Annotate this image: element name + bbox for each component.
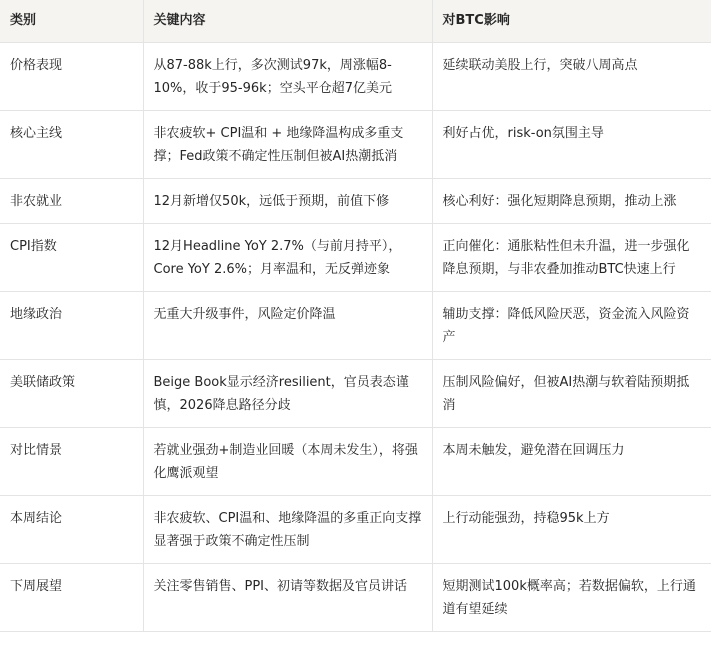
cell-btc-impact: 核心利好：强化短期降息预期，推动上涨: [432, 179, 711, 224]
cell-key-content: 无重大升级事件，风险定价降温: [143, 292, 432, 360]
cell-category: 核心主线: [0, 111, 143, 179]
cell-category: 价格表现: [0, 43, 143, 111]
cell-btc-impact: 本周未触发，避免潜在回调压力: [432, 428, 711, 496]
cell-btc-impact: 延续联动美股上行，突破八周高点: [432, 43, 711, 111]
cell-btc-impact: 利好占优，risk-on氛围主导: [432, 111, 711, 179]
cell-category: 美联储政策: [0, 360, 143, 428]
cell-category: 本周结论: [0, 496, 143, 564]
cell-btc-impact: 上行动能强劲，持稳95k上方: [432, 496, 711, 564]
table-row: 对比情景 若就业强劲+制造业回暖（本周未发生），将强化鹰派观望 本周未触发，避免…: [0, 428, 711, 496]
cell-category: 下周展望: [0, 564, 143, 632]
header-category: 类别: [0, 0, 143, 43]
cell-btc-impact: 压制风险偏好，但被AI热潮与软着陆预期抵消: [432, 360, 711, 428]
cell-category: CPI指数: [0, 224, 143, 292]
cell-btc-impact: 短期测试100k概率高；若数据偏软，上行通道有望延续: [432, 564, 711, 632]
table-row: 非农就业 12月新增仅50k，远低于预期，前值下修 核心利好：强化短期降息预期，…: [0, 179, 711, 224]
cell-key-content: 非农疲软、CPI温和、地缘降温的多重正向支撑显著强于政策不确定性压制: [143, 496, 432, 564]
cell-category: 非农就业: [0, 179, 143, 224]
table-row: 地缘政治 无重大升级事件，风险定价降温 辅助支撑：降低风险厌恶，资金流入风险资产: [0, 292, 711, 360]
cell-key-content: 12月新增仅50k，远低于预期，前值下修: [143, 179, 432, 224]
header-key-content: 关键内容: [143, 0, 432, 43]
cell-key-content: 若就业强劲+制造业回暖（本周未发生），将强化鹰派观望: [143, 428, 432, 496]
cell-btc-impact: 正向催化：通胀粘性但未升温，进一步强化降息预期，与非农叠加推动BTC快速上行: [432, 224, 711, 292]
table-row: 美联储政策 Beige Book显示经济resilient，官员表态谨慎，202…: [0, 360, 711, 428]
cell-btc-impact: 辅助支撑：降低风险厌恶，资金流入风险资产: [432, 292, 711, 360]
cell-key-content: 关注零售销售、PPI、初请等数据及官员讲话: [143, 564, 432, 632]
table-row: 核心主线 非农疲软+ CPI温和 + 地缘降温构成多重支撑；Fed政策不确定性压…: [0, 111, 711, 179]
header-btc-impact: 对BTC影响: [432, 0, 711, 43]
table-row: 本周结论 非农疲软、CPI温和、地缘降温的多重正向支撑显著强于政策不确定性压制 …: [0, 496, 711, 564]
cell-key-content: 非农疲软+ CPI温和 + 地缘降温构成多重支撑；Fed政策不确定性压制但被AI…: [143, 111, 432, 179]
table-row: CPI指数 12月Headline YoY 2.7%（与前月持平），Core Y…: [0, 224, 711, 292]
table-row: 下周展望 关注零售销售、PPI、初请等数据及官员讲话 短期测试100k概率高；若…: [0, 564, 711, 632]
cell-key-content: Beige Book显示经济resilient，官员表态谨慎，2026降息路径分…: [143, 360, 432, 428]
table-row: 价格表现 从87-88k上行，多次测试97k，周涨幅8-10%，收于95-96k…: [0, 43, 711, 111]
cell-category: 对比情景: [0, 428, 143, 496]
cell-key-content: 12月Headline YoY 2.7%（与前月持平），Core YoY 2.6…: [143, 224, 432, 292]
btc-weekly-summary-table: 类别 关键内容 对BTC影响 价格表现 从87-88k上行，多次测试97k，周涨…: [0, 0, 711, 632]
cell-category: 地缘政治: [0, 292, 143, 360]
table-header-row: 类别 关键内容 对BTC影响: [0, 0, 711, 43]
cell-key-content: 从87-88k上行，多次测试97k，周涨幅8-10%，收于95-96k；空头平仓…: [143, 43, 432, 111]
